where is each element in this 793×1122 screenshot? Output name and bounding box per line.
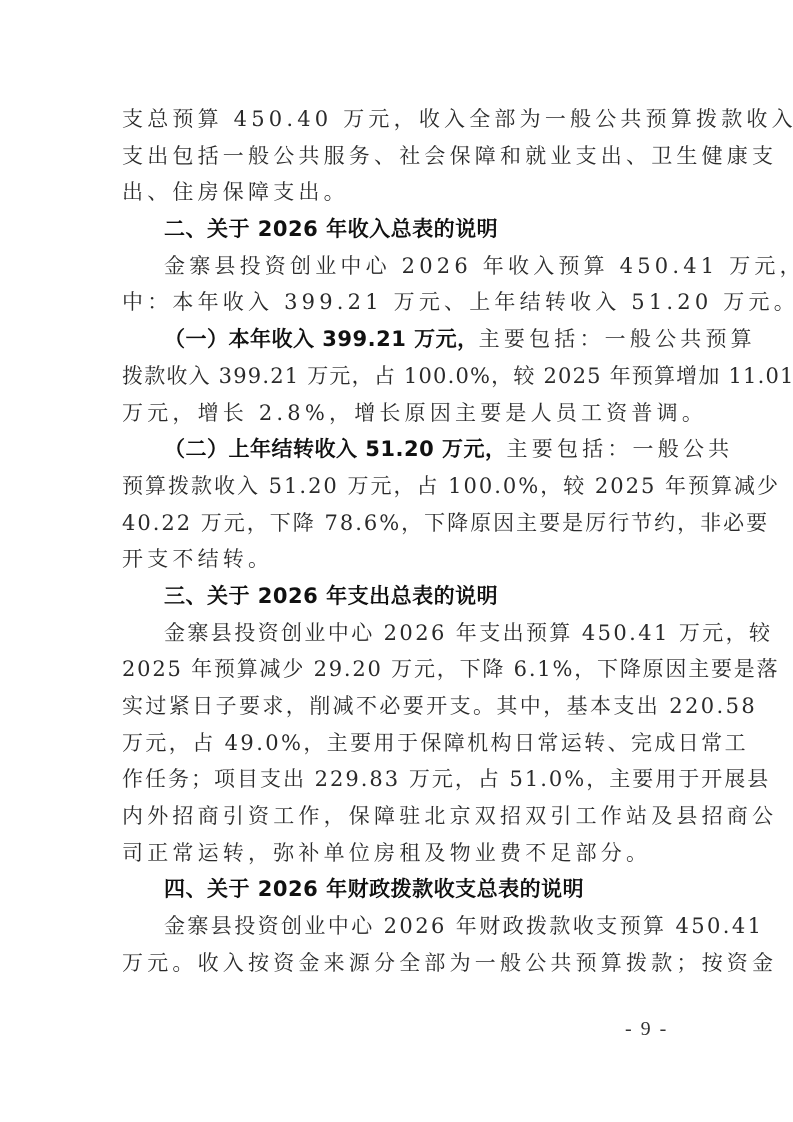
paragraph-line: 内外招商引资工作，保障驻北京双招双引工作站及县招商公 bbox=[122, 798, 674, 835]
subsection-current-year-income: （一）本年收入 399.21 万元，主要包括：一般公共预算 bbox=[122, 321, 674, 358]
paragraph-line: 金寨县投资创业中心 2026 年收入预算 450.41 万元，其 bbox=[122, 248, 674, 285]
section-heading-income-summary: 二、关于 2026 年收入总表的说明 bbox=[122, 211, 674, 248]
paragraph-line: 万元，占 49.0%，主要用于保障机构日常运转、完成日常工 bbox=[122, 725, 674, 762]
paragraph-line: 司正常运转，弥补单位房租及物业费不足部分。 bbox=[122, 835, 674, 872]
subsection-text: 主要包括：一般公共 bbox=[507, 437, 734, 461]
subsection-title: （二）上年结转收入 51.20 万元， bbox=[164, 437, 507, 461]
page-number: - 9 - bbox=[625, 1018, 668, 1041]
paragraph-line: 2025 年预算减少 29.20 万元，下降 6.1%，下降原因主要是落 bbox=[122, 651, 674, 688]
section-heading-expense-summary: 三、关于 2026 年支出总表的说明 bbox=[122, 578, 674, 615]
paragraph-line: 实过紧日子要求，削减不必要开支。其中，基本支出 220.58 bbox=[122, 688, 674, 725]
paragraph-line: 40.22 万元，下降 78.6%，下降原因主要是厉行节约，非必要 bbox=[122, 505, 674, 542]
paragraph-line: 万元。收入按资金来源分全部为一般公共预算拨款；按资金 bbox=[122, 945, 674, 982]
paragraph-line: 金寨县投资创业中心 2026 年支出预算 450.41 万元，较 bbox=[122, 615, 674, 652]
paragraph-line: 拨款收入 399.21 万元，占 100.0%，较 2025 年预算增加 11.… bbox=[122, 358, 674, 395]
paragraph-line: 中：本年收入 399.21 万元、上年结转收入 51.20 万元。 bbox=[122, 284, 674, 321]
subsection-title: （一）本年收入 399.21 万元， bbox=[164, 327, 479, 351]
section-heading-fiscal-appropriation: 四、关于 2026 年财政拨款收支总表的说明 bbox=[122, 871, 674, 908]
paragraph-line: 金寨县投资创业中心 2026 年财政拨款收支预算 450.41 bbox=[122, 908, 674, 945]
paragraph-line: 出、住房保障支出。 bbox=[122, 174, 674, 211]
paragraph-line: 预算拨款收入 51.20 万元，占 100.0%，较 2025 年预算减少 bbox=[122, 468, 674, 505]
paragraph-line: 支总预算 450.40 万元，收入全部为一般公共预算拨款收入， bbox=[122, 101, 674, 138]
document-page: 支总预算 450.40 万元，收入全部为一般公共预算拨款收入， 支出包括一般公共… bbox=[122, 101, 674, 982]
subsection-carryover-income: （二）上年结转收入 51.20 万元，主要包括：一般公共 bbox=[122, 431, 674, 468]
paragraph-line: 开支不结转。 bbox=[122, 541, 674, 578]
subsection-text: 主要包括：一般公共预算 bbox=[479, 327, 756, 351]
paragraph-line: 万元，增长 2.8%，增长原因主要是人员工资普调。 bbox=[122, 395, 674, 432]
paragraph-line: 作任务；项目支出 229.83 万元，占 51.0%，主要用于开展县 bbox=[122, 761, 674, 798]
paragraph-line: 支出包括一般公共服务、社会保障和就业支出、卫生健康支 bbox=[122, 138, 674, 175]
